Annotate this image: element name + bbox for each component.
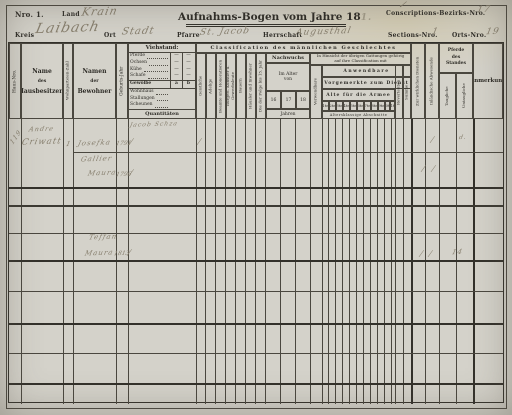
ordinal-cell: 4te (343, 101, 350, 111)
entry2-resident2-name: Maura (84, 249, 114, 258)
viehstand-row: Schafe—— (129, 73, 195, 81)
ort-value-handwriting: Stadt (121, 25, 156, 37)
row-line (9, 187, 503, 189)
entry2-resident1-name: Teffan (88, 233, 118, 242)
spacer (153, 84, 168, 87)
dotted-leader (157, 98, 168, 101)
viehstand-mid-header: Gewölbeab (129, 81, 195, 89)
viehstand-building-row: Wohnhaus (129, 89, 195, 96)
ort-label: Ort (104, 32, 116, 39)
row-line (9, 383, 503, 385)
class-col-haeusler: Häusler und Inwohner (246, 53, 256, 119)
col-header-bewohner: Namen der Bewohner (73, 43, 116, 119)
ages-unit: Jahren (266, 109, 310, 119)
row-line (9, 353, 503, 354)
viehstand-footer: Quantitäten (129, 110, 195, 118)
entry1-resident1-mark: / (129, 137, 135, 146)
ordinal-cell: 6te (357, 101, 364, 111)
dotted-leader (148, 76, 168, 79)
entry1-owner-line2: Criwatt (21, 136, 63, 147)
dotted-leader (149, 63, 168, 66)
row-line (9, 291, 503, 292)
kreis-value-handwriting: Laibach (34, 19, 101, 37)
form-title: Aufnahms-Bogen vom Jahre 181. (178, 11, 372, 23)
dotted-leader (144, 69, 168, 72)
age-17-cell: 17 (281, 91, 296, 109)
entry2-right-mark-b: / (428, 249, 434, 258)
entry2-right-mark-a: / (419, 249, 425, 258)
entry1-owner-line1: Andre (28, 125, 55, 134)
age-16-cell: 16 (266, 91, 281, 109)
entry1-right-mark: / (430, 135, 436, 144)
dotted-leader (155, 105, 168, 108)
row-line (9, 323, 503, 325)
viehstand-row: Ochsen—— (129, 60, 195, 67)
orts-value-handwriting: 19 (485, 27, 501, 37)
row-line (9, 205, 503, 207)
dotted-leader (156, 92, 168, 95)
age-18-cell: 18 (296, 91, 310, 109)
anmerkung-header: Anmerkung (473, 43, 503, 119)
nachwuchs-title: Nachwuchs (266, 53, 310, 63)
conscription-value-handwriting: 17 (476, 5, 492, 15)
pfarre-label: Pfarre (177, 32, 200, 39)
col-inlaendische-abwesende: Inländische Abwesende (425, 43, 439, 119)
form-table: Haus-Nro. Name des Hausbesitzers Wohnpar… (8, 42, 504, 403)
census-form-scan: Nro. 1. Land Krain ✓ Aufnahms-Bogen vom … (0, 0, 512, 415)
col-header-wohnpartei: Wohnparteien-Zahl (63, 43, 73, 119)
orts-label: Orts-Nro. (452, 32, 486, 39)
viehstand-row: Pferde—— (129, 53, 195, 60)
entry1-resident3-name: Maura (87, 169, 117, 178)
viehstand-title: Viehstand: (129, 44, 195, 53)
land-label: Land (62, 11, 80, 18)
row-line (73, 152, 503, 153)
dotted-leader (147, 56, 168, 59)
class-col-geistliche: Geistliche (196, 53, 206, 119)
entry1-partei-nr: 1 (65, 140, 72, 148)
viehstand-box: Viehstand: Pferde—— Ochsen—— Kühe—— Scha… (128, 43, 196, 119)
class-col-bauern: Bauern (236, 53, 246, 119)
classification-title: Classification des männlichen Geschlecht… (196, 43, 411, 53)
ordinal-cell: 9te (378, 101, 385, 111)
herrschaft-value-handwriting: Augusthal (295, 26, 353, 38)
pferde-sub2: Untaugliche (456, 73, 473, 119)
entry1-resident3-mark: / (129, 168, 135, 177)
class-col-adelige: Adelige (206, 53, 216, 119)
entry1-resident1-name: Josefka (77, 138, 112, 147)
pferde-header: Pferde des Standes (439, 43, 473, 73)
class-col-buerger: Bürgerl. Künstler u. Gewerbsleute (226, 53, 236, 119)
kreis-label: Kreis (15, 32, 34, 39)
ordinal-cell: 2te (329, 101, 336, 111)
class-right-line1: In Hinsicht der übrigen Gattungen gehöri… (310, 53, 411, 65)
class-col-folge: Die der Folge bis 15. Jahr (256, 53, 266, 119)
year-handwriting: 1. (361, 13, 372, 23)
col-header-geburtsjahr: Geburts-Jahr (116, 43, 128, 119)
col-header-hausbesitzer: Name des Hausbesitzers (21, 43, 63, 119)
col-header-haus-nr: Haus-Nro. (9, 43, 21, 119)
entry2-note-mark: 14 (451, 248, 464, 256)
ordinal-cell: 8te (371, 101, 378, 111)
row-line (9, 260, 503, 262)
nachwuchs-subtitle: Im Alter von (266, 63, 310, 91)
class-col-beamte: Beamte und Honoratioren (216, 53, 226, 119)
ordinals-footer: Altersklassige Abschnitte (322, 111, 395, 119)
pferde-sub1: Taugliche (439, 73, 456, 119)
entry1-row3-mark-b: / (431, 164, 437, 173)
conscription-label: Conscriptions-Bezirks-Nro. (386, 10, 485, 17)
revertenten-col: Revertenten (395, 65, 403, 119)
entry2-resident2-mark: / (127, 248, 133, 257)
viehstand-building-row: Scheunen (129, 102, 195, 110)
ordinal-cell: 7te (364, 101, 371, 111)
ordinal-cell: 5te (350, 101, 357, 111)
class-left-rot-col: Verwendbare (310, 65, 322, 119)
form-number: Nro. 1. (15, 10, 44, 19)
land-value-handwriting: Krain (80, 4, 119, 18)
pfarre-value-handwriting: St. Jacob (199, 26, 251, 38)
entry1-note-mark: d. (458, 134, 467, 141)
row-line (9, 233, 503, 234)
ordinal-cell: 3te (336, 101, 343, 111)
summe-col: Summe (403, 65, 411, 119)
entry1-vieh-note: Jacob Schza (129, 120, 179, 129)
col-wirkliche-dienste: Zur wirklichen Diensten (411, 43, 425, 119)
entry1-resident2-name: Gallier (80, 154, 113, 163)
ordinal-cell: 1te (322, 101, 329, 111)
class-right-line4: Alte für die Armee (322, 89, 395, 101)
